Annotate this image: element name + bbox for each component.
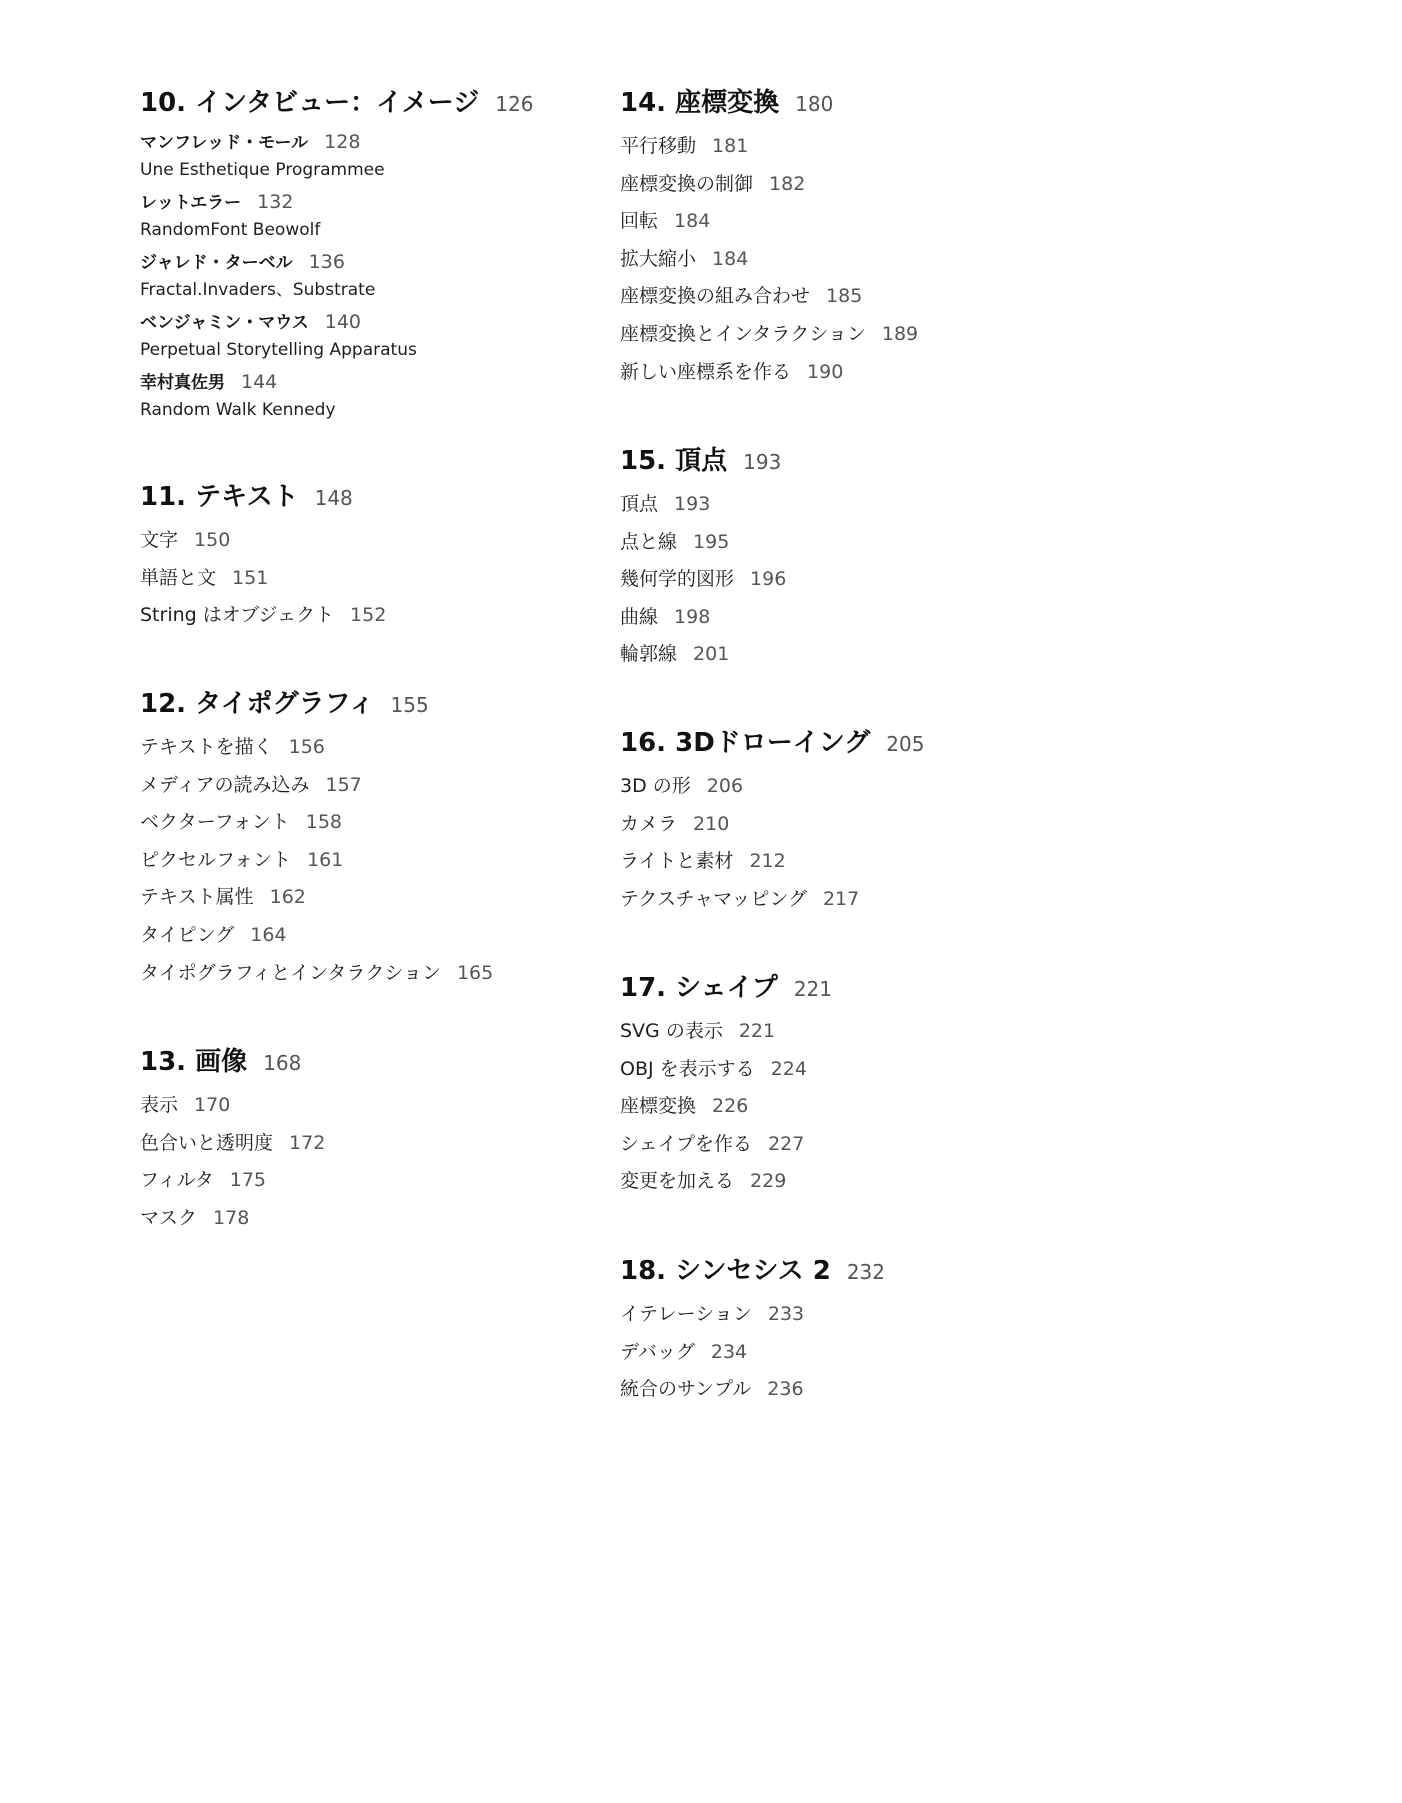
chapter-18: 18. シンセシス 2 232 イテレーション 233 デバッグ 234 統合の…	[620, 1250, 1080, 1409]
section-entry[interactable]: ライトと素材 212	[620, 843, 1080, 881]
chapter-page-number: 168	[263, 1051, 301, 1075]
section-entry[interactable]: 曲線 198	[620, 599, 1080, 637]
chapter-heading[interactable]: 16. 3Dドローイング 205	[620, 722, 1080, 762]
section-label: 新しい座標系を作る	[620, 354, 791, 392]
section-list: SVG の表示 221 OBJ を表示する 224 座標変換 226 シェイプを…	[620, 1013, 1080, 1201]
chapter-heading[interactable]: 14. 座標変換 180	[620, 82, 1080, 122]
section-label: 表示	[140, 1087, 178, 1125]
interview-entry[interactable]: ジャレド・ターベル 136 Fractal.Invaders、Substrate	[140, 248, 600, 308]
chapter-title: 17. シェイプ	[620, 967, 778, 1004]
entry-page-number: 190	[807, 354, 843, 392]
entry-page-number: 132	[257, 188, 293, 217]
chapter-16: 16. 3Dドローイング 205 3D の形 206 カメラ 210 ライトと素…	[620, 722, 1080, 918]
chapter-title: 14. 座標変換	[620, 82, 779, 119]
chapter-heading[interactable]: 12. タイポグラフィ 155	[140, 683, 600, 723]
section-label: 回転	[620, 203, 658, 241]
entry-page-number: 144	[241, 368, 277, 397]
entry-page-number: 172	[289, 1125, 325, 1163]
entry-page-number: 162	[270, 879, 306, 917]
section-entry[interactable]: 輪郭線 201	[620, 636, 1080, 674]
section-label: 単語と文	[140, 560, 216, 598]
entry-page-number: 221	[739, 1013, 775, 1051]
section-entry[interactable]: 文字 150	[140, 522, 600, 560]
section-label: 文字	[140, 522, 178, 560]
entry-page-number: 195	[693, 524, 729, 562]
section-label: デバッグ	[620, 1334, 695, 1372]
section-entry[interactable]: 座標変換の制御 182	[620, 166, 1080, 204]
chapter-title: 18. シンセシス 2	[620, 1250, 831, 1287]
entry-page-number: 234	[711, 1334, 747, 1372]
section-entry[interactable]: 統合のサンプル 236	[620, 1371, 1080, 1409]
section-list: 平行移動 181 座標変換の制御 182 回転 184 拡大縮小 184 座標変…	[620, 128, 1080, 391]
section-label: タイポグラフィとインタラクション	[140, 955, 441, 993]
chapter-heading[interactable]: 10. インタビュー：イメージ 126	[140, 82, 600, 122]
entry-page-number: 157	[325, 767, 361, 805]
section-entry[interactable]: テクスチャマッピング 217	[620, 881, 1080, 919]
section-list: イテレーション 233 デバッグ 234 統合のサンプル 236	[620, 1296, 1080, 1409]
entry-page-number: 158	[306, 804, 342, 842]
chapter-title: 10. インタビュー：イメージ	[140, 82, 479, 119]
chapter-title: 15. 頂点	[620, 440, 727, 477]
section-label: 輪郭線	[620, 636, 677, 674]
entry-page-number: 217	[823, 881, 859, 919]
entry-page-number: 151	[232, 560, 268, 598]
entry-page-number: 212	[749, 843, 785, 881]
chapter-title: 11. テキスト	[140, 476, 299, 513]
entry-page-number: 210	[693, 806, 729, 844]
section-label: ベクターフォント	[140, 804, 290, 842]
work-title: Perpetual Storytelling Apparatus	[140, 337, 600, 364]
section-entry[interactable]: テキスト属性 162	[140, 879, 600, 917]
chapter-page-number: 148	[315, 486, 353, 510]
chapter-page-number: 193	[743, 450, 781, 474]
section-entry[interactable]: 点と線 195	[620, 524, 1080, 562]
section-label: 点と線	[620, 524, 677, 562]
work-title: Fractal.Invaders、Substrate	[140, 277, 600, 304]
entry-page-number: 152	[350, 597, 386, 635]
entry-page-number: 175	[230, 1162, 266, 1200]
section-label: メディアの読み込み	[140, 767, 309, 805]
section-entry[interactable]: フィルタ 175	[140, 1162, 600, 1200]
section-label: 座標変換の制御	[620, 166, 753, 204]
section-entry[interactable]: SVG の表示 221	[620, 1013, 1080, 1051]
chapter-12: 12. タイポグラフィ 155 テキストを描く 156 メディアの読み込み 15…	[140, 683, 600, 992]
entry-page-number: 233	[768, 1296, 804, 1334]
entry-page-number: 128	[324, 128, 360, 157]
section-entry[interactable]: 表示 170	[140, 1087, 600, 1125]
section-entry[interactable]: 平行移動 181	[620, 128, 1080, 166]
section-entry[interactable]: シェイプを作る 227	[620, 1126, 1080, 1164]
section-label: テキスト属性	[140, 879, 254, 917]
entry-page-number: 193	[674, 486, 710, 524]
interviewee-name: 幸村真佐男	[140, 369, 225, 398]
section-entry[interactable]: テキストを描く 156	[140, 729, 600, 767]
section-label: 頂点	[620, 486, 658, 524]
chapter-heading[interactable]: 17. シェイプ 221	[620, 967, 1080, 1007]
chapter-17: 17. シェイプ 221 SVG の表示 221 OBJ を表示する 224 座…	[620, 967, 1080, 1201]
entry-page-number: 136	[309, 248, 345, 277]
work-title: Random Walk Kennedy	[140, 397, 600, 424]
section-label: 色合いと透明度	[140, 1125, 273, 1163]
section-label: イテレーション	[620, 1296, 752, 1334]
chapter-14: 14. 座標変換 180 平行移動 181 座標変換の制御 182 回転 184…	[620, 82, 1080, 391]
section-label: テクスチャマッピング	[620, 881, 807, 919]
chapter-heading[interactable]: 13. 画像 168	[140, 1041, 600, 1081]
section-label: マスク	[140, 1200, 197, 1238]
section-entry[interactable]: ベクターフォント 158	[140, 804, 600, 842]
interviewee-name: ベンジャミン・マウス	[140, 309, 309, 338]
entry-page-number: 170	[194, 1087, 230, 1125]
section-label: 幾何学的図形	[620, 561, 734, 599]
chapter-11: 11. テキスト 148 文字 150 単語と文 151 String はオブジ…	[140, 476, 600, 635]
section-label: 統合のサンプル	[620, 1371, 751, 1409]
entry-page-number: 185	[826, 278, 862, 316]
entry-page-number: 181	[712, 128, 748, 166]
section-label: 平行移動	[620, 128, 696, 166]
entry-page-number: 184	[674, 203, 710, 241]
section-entry[interactable]: 座標変換の組み合わせ 185	[620, 278, 1080, 316]
chapter-page-number: 126	[495, 92, 533, 116]
chapter-heading[interactable]: 18. シンセシス 2 232	[620, 1250, 1080, 1290]
section-entry[interactable]: 単語と文 151	[140, 560, 600, 598]
interview-entry[interactable]: 幸村真佐男 144 Random Walk Kennedy	[140, 368, 600, 428]
section-label: String はオブジェクト	[140, 597, 334, 635]
section-entry[interactable]: String はオブジェクト 152	[140, 597, 600, 635]
interview-entry[interactable]: マンフレッド・モール 128 Une Esthetique Programmee	[140, 128, 600, 188]
section-entry[interactable]: タイピング 164	[140, 917, 600, 955]
work-title: RandomFont Beowolf	[140, 217, 600, 244]
section-label: タイピング	[140, 917, 234, 955]
chapter-page-number: 180	[795, 92, 833, 116]
section-label: 変更を加える	[620, 1163, 734, 1201]
entry-page-number: 196	[750, 561, 786, 599]
entry-page-number: 189	[882, 316, 918, 354]
section-entry[interactable]: 3D の形 206	[620, 768, 1080, 806]
entry-page-number: 236	[767, 1371, 803, 1409]
section-entry[interactable]: 頂点 193	[620, 486, 1080, 524]
section-label: ピクセルフォント	[140, 842, 291, 880]
section-entry[interactable]: 座標変換とインタラクション 189	[620, 316, 1080, 354]
chapter-heading[interactable]: 15. 頂点 193	[620, 440, 1080, 480]
section-label: カメラ	[620, 806, 677, 844]
section-entry[interactable]: 幾何学的図形 196	[620, 561, 1080, 599]
entry-page-number: 156	[289, 729, 325, 767]
section-entry[interactable]: 拡大縮小 184	[620, 241, 1080, 279]
section-list: 表示 170 色合いと透明度 172 フィルタ 175 マスク 178	[140, 1087, 600, 1237]
chapter-page-number: 155	[391, 693, 429, 717]
interviewee-name: ジャレド・ターベル	[140, 249, 293, 278]
chapter-title: 12. タイポグラフィ	[140, 683, 375, 720]
section-list: 頂点 193 点と線 195 幾何学的図形 196 曲線 198 輪郭線 201	[620, 486, 1080, 674]
section-label: OBJ を表示する	[620, 1051, 755, 1089]
chapter-10: 10. インタビュー：イメージ 126 マンフレッド・モール 128 Une E…	[140, 82, 600, 428]
entry-page-number: 201	[693, 636, 729, 674]
chapter-title: 13. 画像	[140, 1041, 247, 1078]
section-list: テキストを描く 156 メディアの読み込み 157 ベクターフォント 158 ピ…	[140, 729, 600, 992]
section-label: 曲線	[620, 599, 658, 637]
section-entry[interactable]: ピクセルフォント 161	[140, 842, 600, 880]
section-label: ライトと素材	[620, 843, 733, 881]
chapter-heading[interactable]: 11. テキスト 148	[140, 476, 600, 516]
chapter-title: 16. 3Dドローイング	[620, 722, 870, 759]
section-entry[interactable]: 回転 184	[620, 203, 1080, 241]
section-label: 座標変換とインタラクション	[620, 316, 866, 354]
entry-page-number: 229	[750, 1163, 786, 1201]
interviewee-name: マンフレッド・モール	[140, 129, 308, 158]
section-label: シェイプを作る	[620, 1126, 752, 1164]
section-list: 文字 150 単語と文 151 String はオブジェクト 152	[140, 522, 600, 635]
section-label: 3D の形	[620, 768, 691, 806]
section-label: 座標変換の組み合わせ	[620, 278, 810, 316]
entry-page-number: 164	[250, 917, 286, 955]
chapter-13: 13. 画像 168 表示 170 色合いと透明度 172 フィルタ 175 マ…	[140, 1041, 600, 1237]
entry-page-number: 161	[307, 842, 343, 880]
entry-page-number: 206	[707, 768, 743, 806]
section-entry[interactable]: カメラ 210	[620, 806, 1080, 844]
interview-entry[interactable]: レットエラー 132 RandomFont Beowolf	[140, 188, 600, 248]
section-entry[interactable]: デバッグ 234	[620, 1334, 1080, 1372]
entry-page-number: 227	[768, 1126, 804, 1164]
section-label: テキストを描く	[140, 729, 273, 767]
section-list: 3D の形 206 カメラ 210 ライトと素材 212 テクスチャマッピング …	[620, 768, 1080, 918]
entry-page-number: 184	[712, 241, 748, 279]
interview-entry[interactable]: ベンジャミン・マウス 140 Perpetual Storytelling Ap…	[140, 308, 600, 368]
section-entry[interactable]: 座標変換 226	[620, 1088, 1080, 1126]
section-entry[interactable]: 色合いと透明度 172	[140, 1125, 600, 1163]
work-title: Une Esthetique Programmee	[140, 157, 600, 184]
chapter-page-number: 232	[847, 1260, 885, 1284]
entry-page-number: 182	[769, 166, 805, 204]
chapter-15: 15. 頂点 193 頂点 193 点と線 195 幾何学的図形 196 曲線 …	[620, 440, 1080, 674]
section-entry[interactable]: マスク 178	[140, 1200, 600, 1238]
entry-page-number: 140	[325, 308, 361, 337]
interview-list: マンフレッド・モール 128 Une Esthetique Programmee…	[140, 128, 600, 428]
section-label: 座標変換	[620, 1088, 696, 1126]
chapter-page-number: 221	[794, 977, 832, 1001]
entry-page-number: 224	[771, 1051, 807, 1089]
entry-page-number: 198	[674, 599, 710, 637]
section-label: 拡大縮小	[620, 241, 696, 279]
section-entry[interactable]: イテレーション 233	[620, 1296, 1080, 1334]
chapter-page-number: 205	[886, 732, 924, 756]
entry-page-number: 150	[194, 522, 230, 560]
section-entry[interactable]: 変更を加える 229	[620, 1163, 1080, 1201]
entry-page-number: 226	[712, 1088, 748, 1126]
section-label: SVG の表示	[620, 1013, 723, 1051]
section-entry[interactable]: 新しい座標系を作る 190	[620, 354, 1080, 392]
section-entry[interactable]: タイポグラフィとインタラクション 165	[140, 955, 600, 993]
interviewee-name: レットエラー	[140, 189, 241, 218]
entry-page-number: 178	[213, 1200, 249, 1238]
entry-page-number: 165	[457, 955, 493, 993]
section-entry[interactable]: OBJ を表示する 224	[620, 1051, 1080, 1089]
section-entry[interactable]: メディアの読み込み 157	[140, 767, 600, 805]
section-label: フィルタ	[140, 1162, 214, 1200]
